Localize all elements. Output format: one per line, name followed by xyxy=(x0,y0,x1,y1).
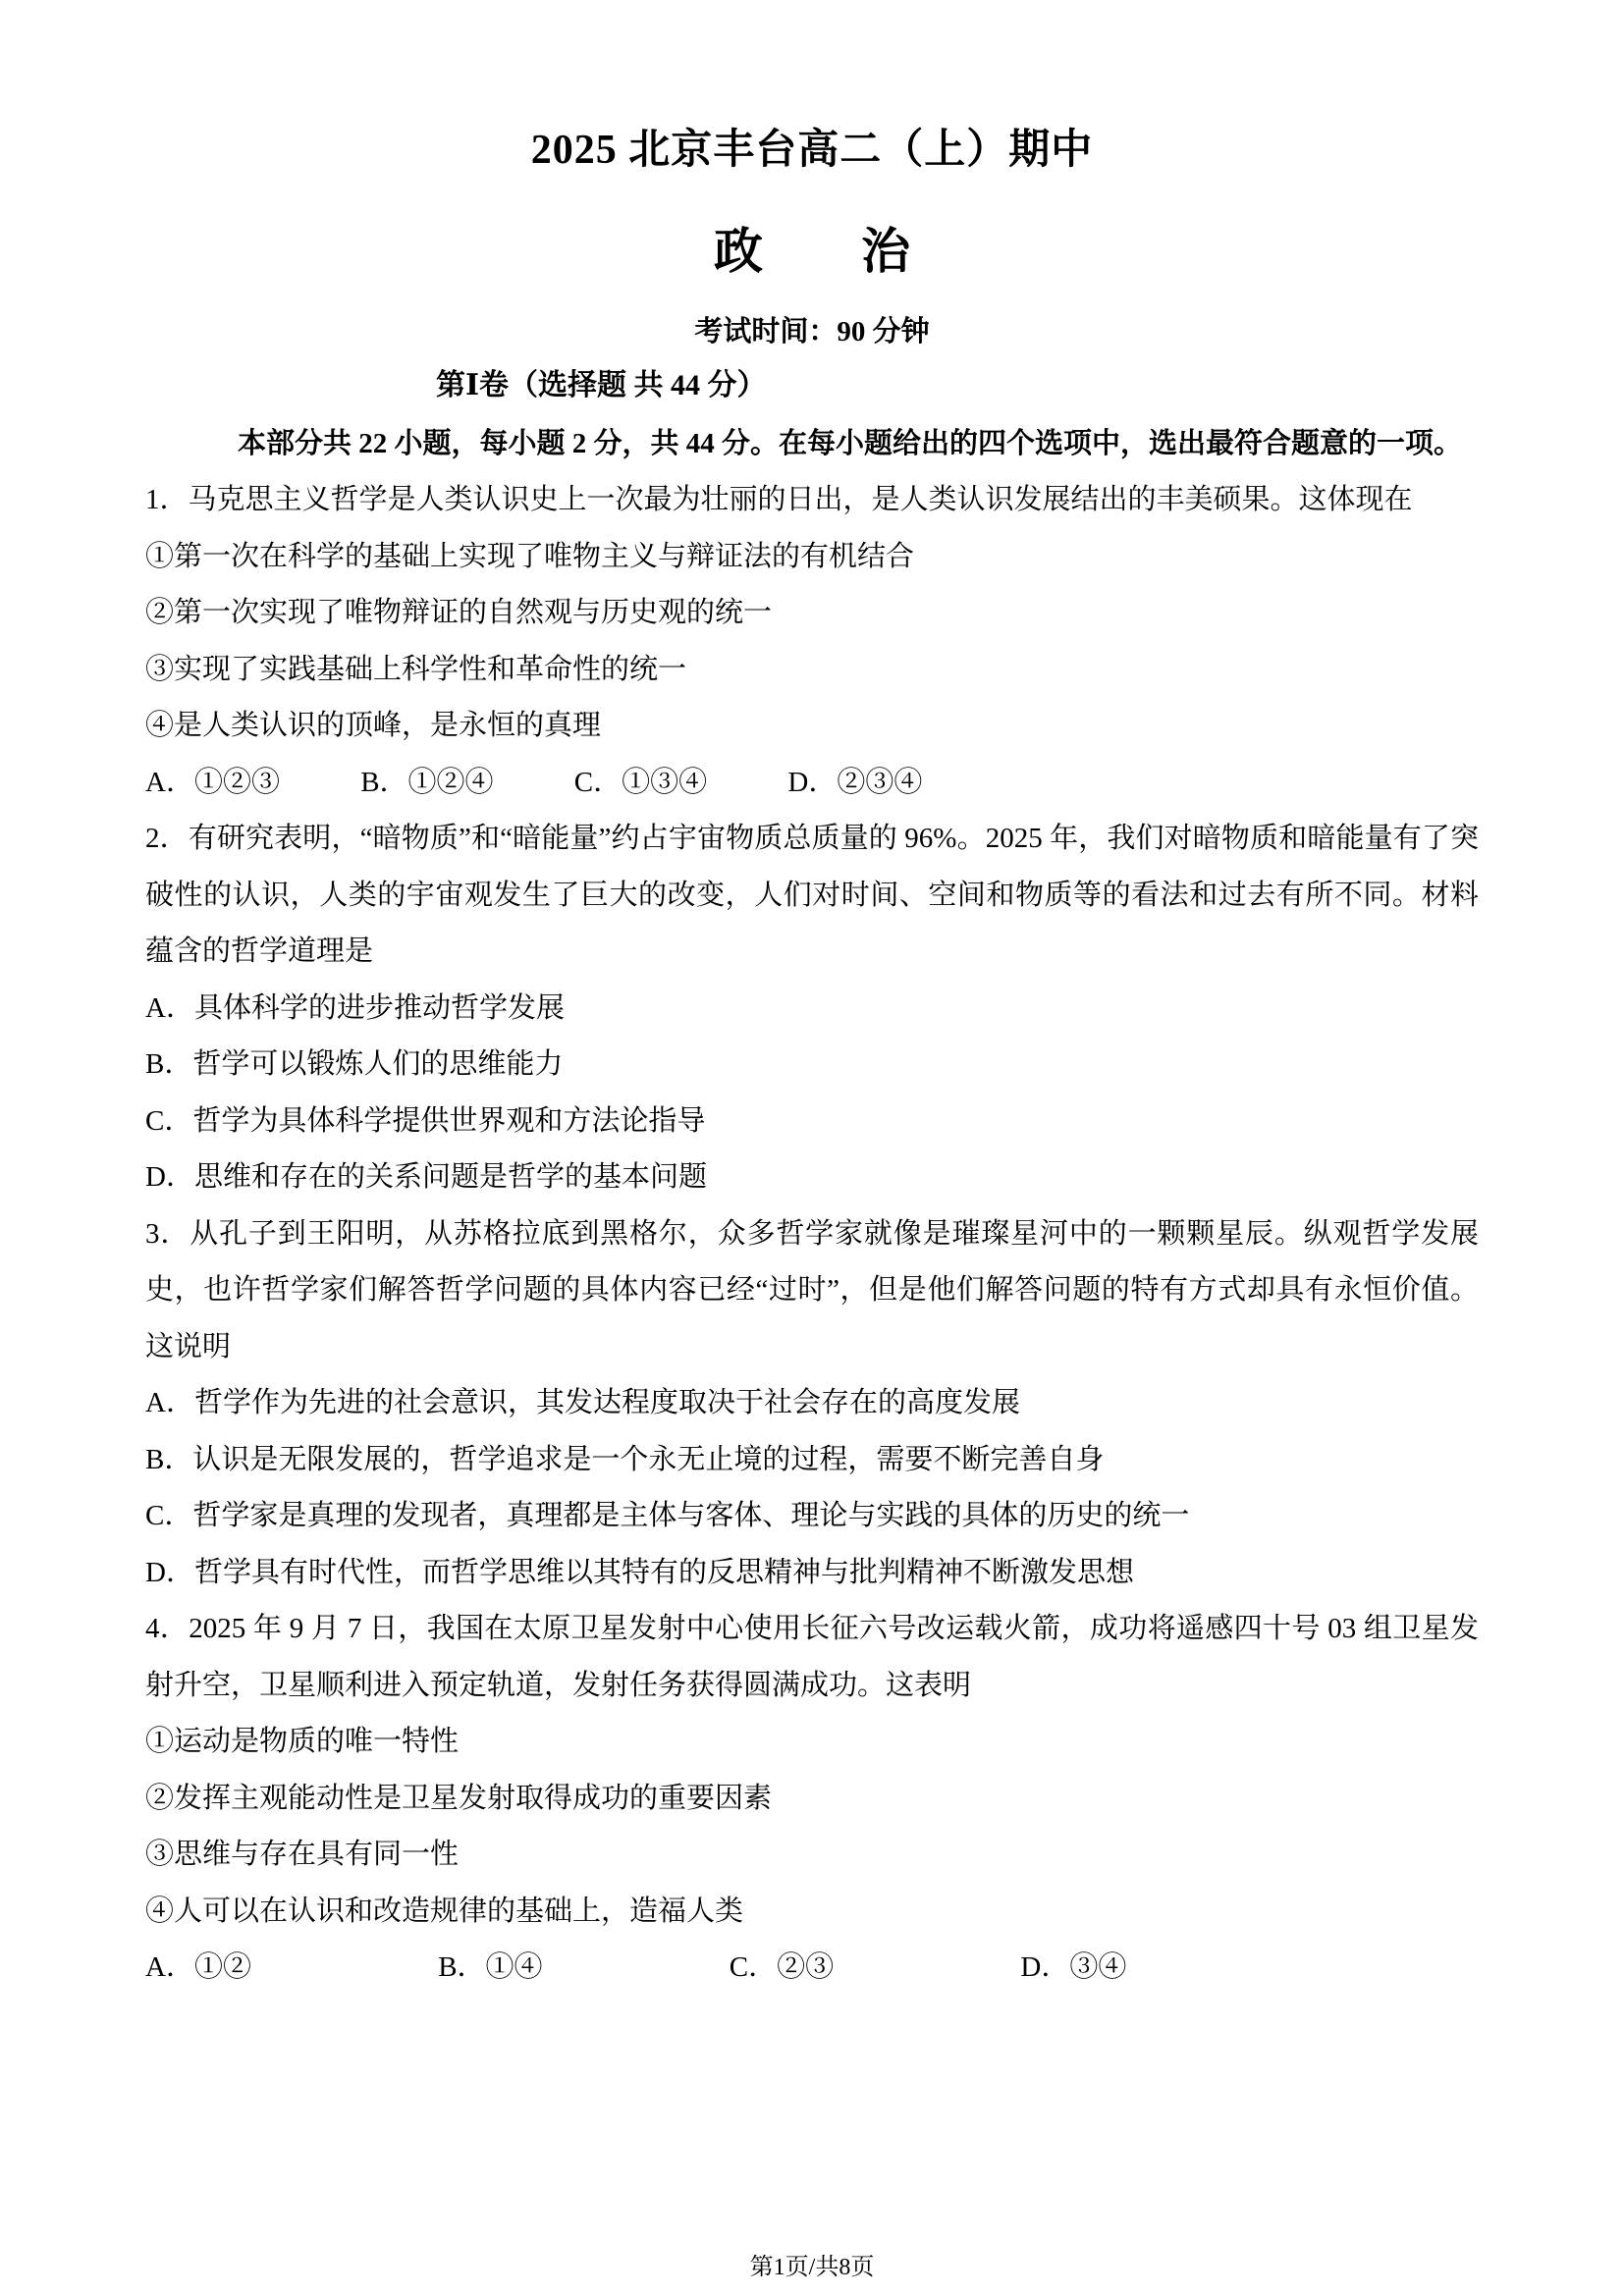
question-2-stem: 2．有研究表明，“暗物质”和“暗能量”约占宇宙物质总质量的 96%。2025 年… xyxy=(145,811,1479,981)
question-2: 2．有研究表明，“暗物质”和“暗能量”约占宇宙物质总质量的 96%。2025 年… xyxy=(145,811,1479,1206)
question-4-options: A．①② B．①④ C．②③ D．③④ xyxy=(145,1940,1479,1997)
page-number-footer: 第1页/共8页 xyxy=(0,2253,1624,2282)
question-1-option-d: D．②③④ xyxy=(787,755,922,812)
question-3: 3．从孔子到王阳明，从苏格拉底到黑格尔，众多哲学家就像是璀璨星河中的一颗颗星辰。… xyxy=(145,1206,1479,1602)
section-heading: 第Ⅰ卷（选择题 共 44 分） xyxy=(145,365,1479,406)
question-4-option-c: C．②③ xyxy=(730,1940,834,1997)
question-1-option-a: A．①②③ xyxy=(145,755,280,812)
question-1-subitem-2: ②第一次实现了唯物辩证的自然观与历史观的统一 xyxy=(145,585,1479,642)
question-3-stem: 3．从孔子到王阳明，从苏格拉底到黑格尔，众多哲学家就像是璀璨星河中的一颗颗星辰。… xyxy=(145,1206,1479,1376)
question-4-subitem-4: ④人可以在认识和改造规律的基础上，造福人类 xyxy=(145,1884,1479,1941)
section-intro: 本部分共 22 小题，每小题 2 分，共 44 分。在每小题给出的四个选项中，选… xyxy=(145,416,1479,472)
question-4-option-b: B．①④ xyxy=(438,1940,542,1997)
question-4-option-d: D．③④ xyxy=(1020,1940,1126,1997)
question-4-subitem-3: ③思维与存在具有同一性 xyxy=(145,1827,1479,1884)
question-2-option-b: B．哲学可以锻炼人们的思维能力 xyxy=(145,1037,1479,1094)
subject-title: 政 治 xyxy=(145,222,1479,281)
question-1-options: A．①②③ B．①②④ C．①③④ D．②③④ xyxy=(145,755,1479,812)
page-title: 2025 北京丰台高二（上）期中 xyxy=(145,0,1479,175)
question-1-option-b: B．①②④ xyxy=(360,755,493,812)
question-1-stem: 1．马克思主义哲学是人类认识史上一次最为壮丽的日出，是人类认识发展结出的丰美硕果… xyxy=(145,472,1479,529)
question-3-option-c: C．哲学家是真理的发现者，真理都是主体与客体、理论与实践的具体的历史的统一 xyxy=(145,1488,1479,1545)
exam-paper-page: 2025 北京丰台高二（上）期中 政 治 考试时间：90 分钟 第Ⅰ卷（选择题 … xyxy=(0,0,1624,2296)
question-1: 1．马克思主义哲学是人类认识史上一次最为壮丽的日出，是人类认识发展结出的丰美硕果… xyxy=(145,472,1479,811)
question-3-option-a: A．哲学作为先进的社会意识，其发达程度取决于社会存在的高度发展 xyxy=(145,1375,1479,1432)
question-3-option-b: B．认识是无限发展的，哲学追求是一个永无止境的过程，需要不断完善自身 xyxy=(145,1432,1479,1489)
question-2-option-a: A．具体科学的进步推动哲学发展 xyxy=(145,981,1479,1038)
question-2-option-d: D．思维和存在的关系问题是哲学的基本问题 xyxy=(145,1149,1479,1206)
page-content: 2025 北京丰台高二（上）期中 政 治 考试时间：90 分钟 第Ⅰ卷（选择题 … xyxy=(0,0,1624,1997)
question-4-stem: 4．2025 年 9 月 7 日，我国在太原卫星发射中心使用长征六号改运载火箭，… xyxy=(145,1601,1479,1714)
question-1-option-c: C．①③④ xyxy=(574,755,707,812)
question-2-option-c: C．哲学为具体科学提供世界观和方法论指导 xyxy=(145,1094,1479,1150)
question-1-subitem-4: ④是人类认识的顶峰，是永恒的真理 xyxy=(145,698,1479,755)
question-4-subitem-2: ②发挥主观能动性是卫星发射取得成功的重要因素 xyxy=(145,1771,1479,1828)
question-3-option-d: D．哲学具有时代性，而哲学思维以其特有的反思精神与批判精神不断激发思想 xyxy=(145,1545,1479,1602)
question-1-subitem-1: ①第一次在科学的基础上实现了唯物主义与辩证法的有机结合 xyxy=(145,529,1479,586)
question-4-option-a: A．①② xyxy=(145,1940,251,1997)
question-4: 4．2025 年 9 月 7 日，我国在太原卫星发射中心使用长征六号改运载火箭，… xyxy=(145,1601,1479,1997)
exam-duration: 考试时间：90 分钟 xyxy=(145,312,1479,351)
question-4-subitem-1: ①运动是物质的唯一特性 xyxy=(145,1714,1479,1771)
question-1-subitem-3: ③实现了实践基础上科学性和革命性的统一 xyxy=(145,642,1479,699)
